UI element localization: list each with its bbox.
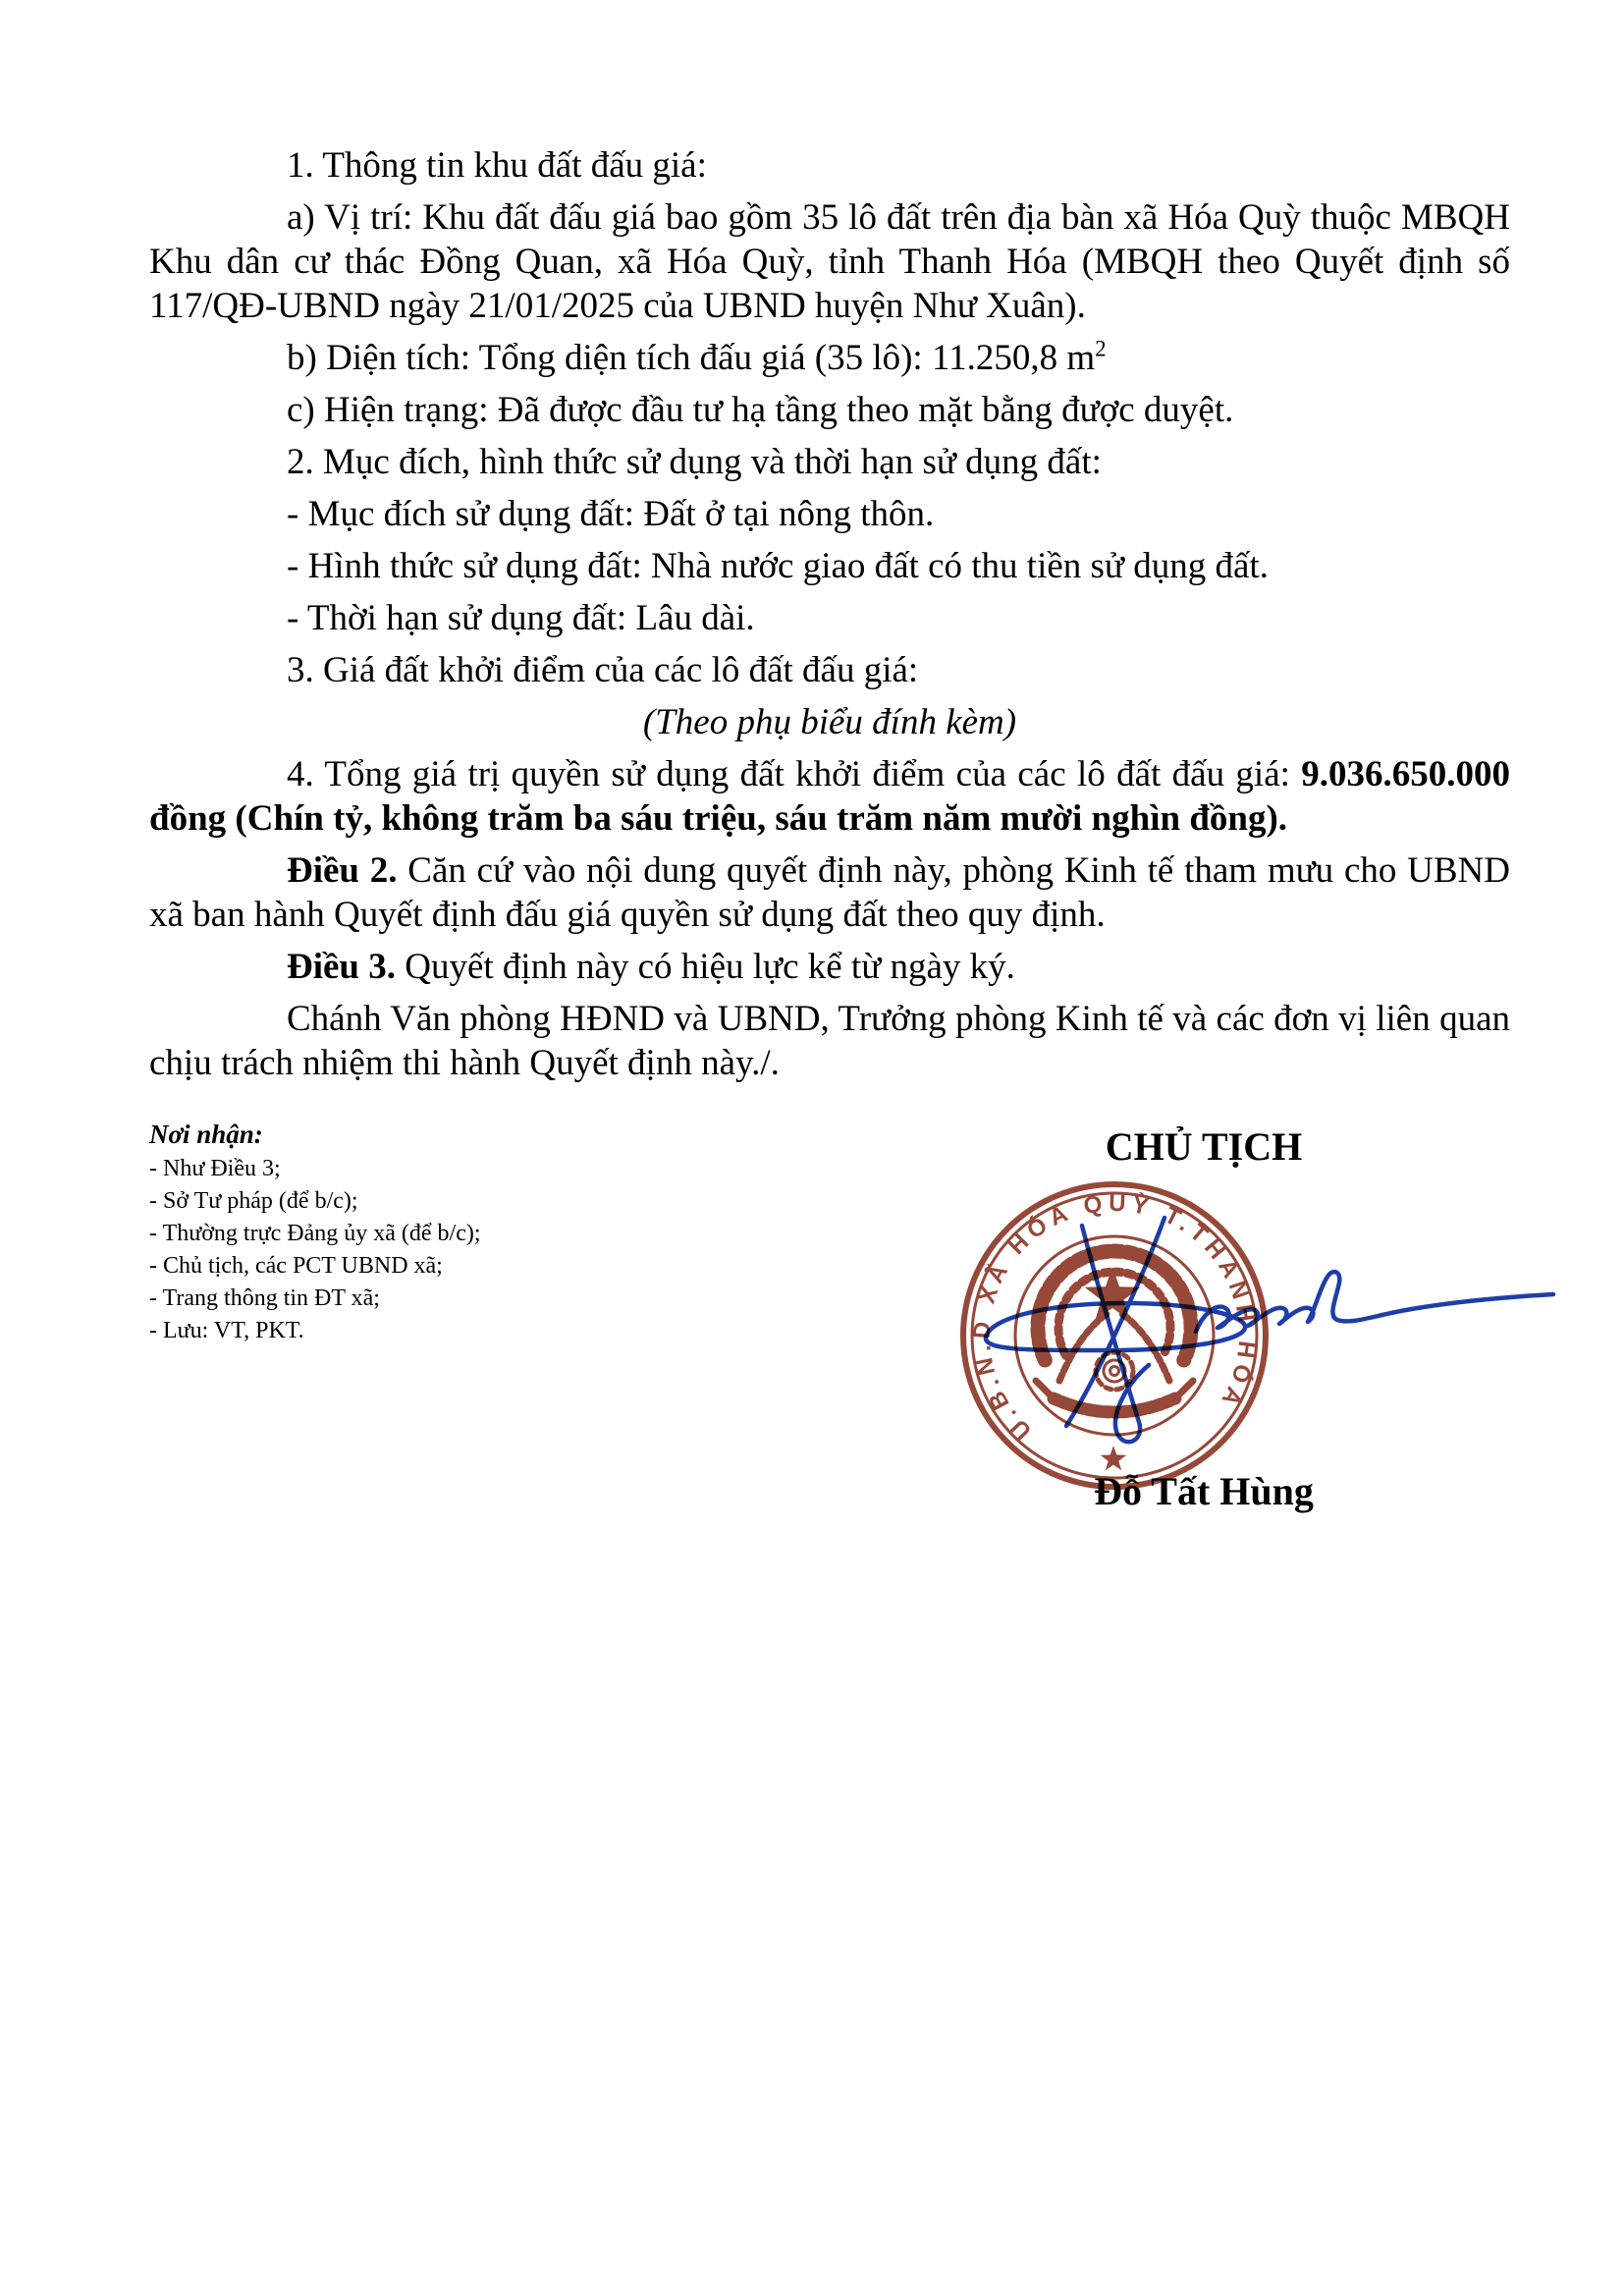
recipient-item: - Trang thông tin ĐT xã;	[149, 1283, 758, 1315]
section-2-title: 2. Mục đích, hình thức sử dụng và thời h…	[149, 440, 1510, 484]
para-purpose: - Mục đích sử dụng đất: Đất ở tại nông t…	[149, 492, 1510, 536]
para-responsibility: Chánh Văn phòng HĐND và UBND, Trưởng phò…	[149, 997, 1510, 1085]
recipient-item: - Sở Tư pháp (để b/c);	[149, 1185, 758, 1218]
recipients-block: Nơi nhận: - Như Điều 3; - Sở Tư pháp (để…	[149, 1116, 758, 1347]
recipient-item: - Như Điều 3;	[149, 1153, 758, 1185]
recipients-title: Nơi nhận:	[149, 1116, 758, 1153]
section-1-title: 1. Thông tin khu đất đấu giá:	[149, 143, 1510, 188]
signature-cross-stroke	[1066, 1218, 1164, 1426]
para-area: b) Diện tích: Tổng diện tích đấu giá (35…	[149, 336, 1510, 380]
article-2-label: Điều 2.	[287, 850, 398, 891]
para-location: a) Vị trí: Khu đất đấu giá bao gồm 35 lô…	[149, 195, 1510, 328]
section-3-title: 3. Giá đất khởi điểm của các lô đất đấu …	[149, 648, 1510, 692]
signature-strokes	[986, 1218, 1553, 1442]
handwritten-signature-icon	[943, 1198, 1591, 1473]
para-status: c) Hiện trạng: Đã được đầu tư hạ tầng th…	[149, 388, 1510, 432]
para-duration: - Thời hạn sử dụng đất: Lâu dài.	[149, 596, 1510, 640]
article-3-text: Quyết định này có hiệu lực kể từ ngày ký…	[396, 947, 1015, 987]
square-meter-superscript: 2	[1095, 337, 1107, 361]
para-total-value: 4. Tổng giá trị quyền sử dụng đất khởi đ…	[149, 752, 1510, 841]
para-article-2: Điều 2. Căn cứ vào nội dung quyết định n…	[149, 848, 1510, 937]
total-value-lead: 4. Tổng giá trị quyền sử dụng đất khởi đ…	[287, 754, 1301, 794]
signer-title: CHỦ TỊCH	[1027, 1125, 1380, 1169]
para-form: - Hình thức sử dụng đất: Nhà nước giao đ…	[149, 544, 1510, 588]
recipient-item: - Thường trực Đảng ủy xã (để b/c);	[149, 1218, 758, 1250]
para-area-text: b) Diện tích: Tổng diện tích đấu giá (35…	[287, 338, 1095, 378]
attachment-note: (Theo phụ biểu đính kèm)	[149, 700, 1510, 744]
document-body: 1. Thông tin khu đất đấu giá: a) Vị trí:…	[149, 143, 1510, 1093]
recipient-item: - Lưu: VT, PKT.	[149, 1315, 758, 1347]
para-article-3: Điều 3. Quyết định này có hiệu lực kể từ…	[149, 945, 1510, 989]
signature-loops-and-tail	[1196, 1272, 1553, 1332]
document-page: 1. Thông tin khu đất đấu giá: a) Vị trí:…	[0, 0, 1624, 2296]
article-3-label: Điều 3.	[287, 947, 396, 987]
recipient-item: - Chủ tịch, các PCT UBND xã;	[149, 1250, 758, 1283]
